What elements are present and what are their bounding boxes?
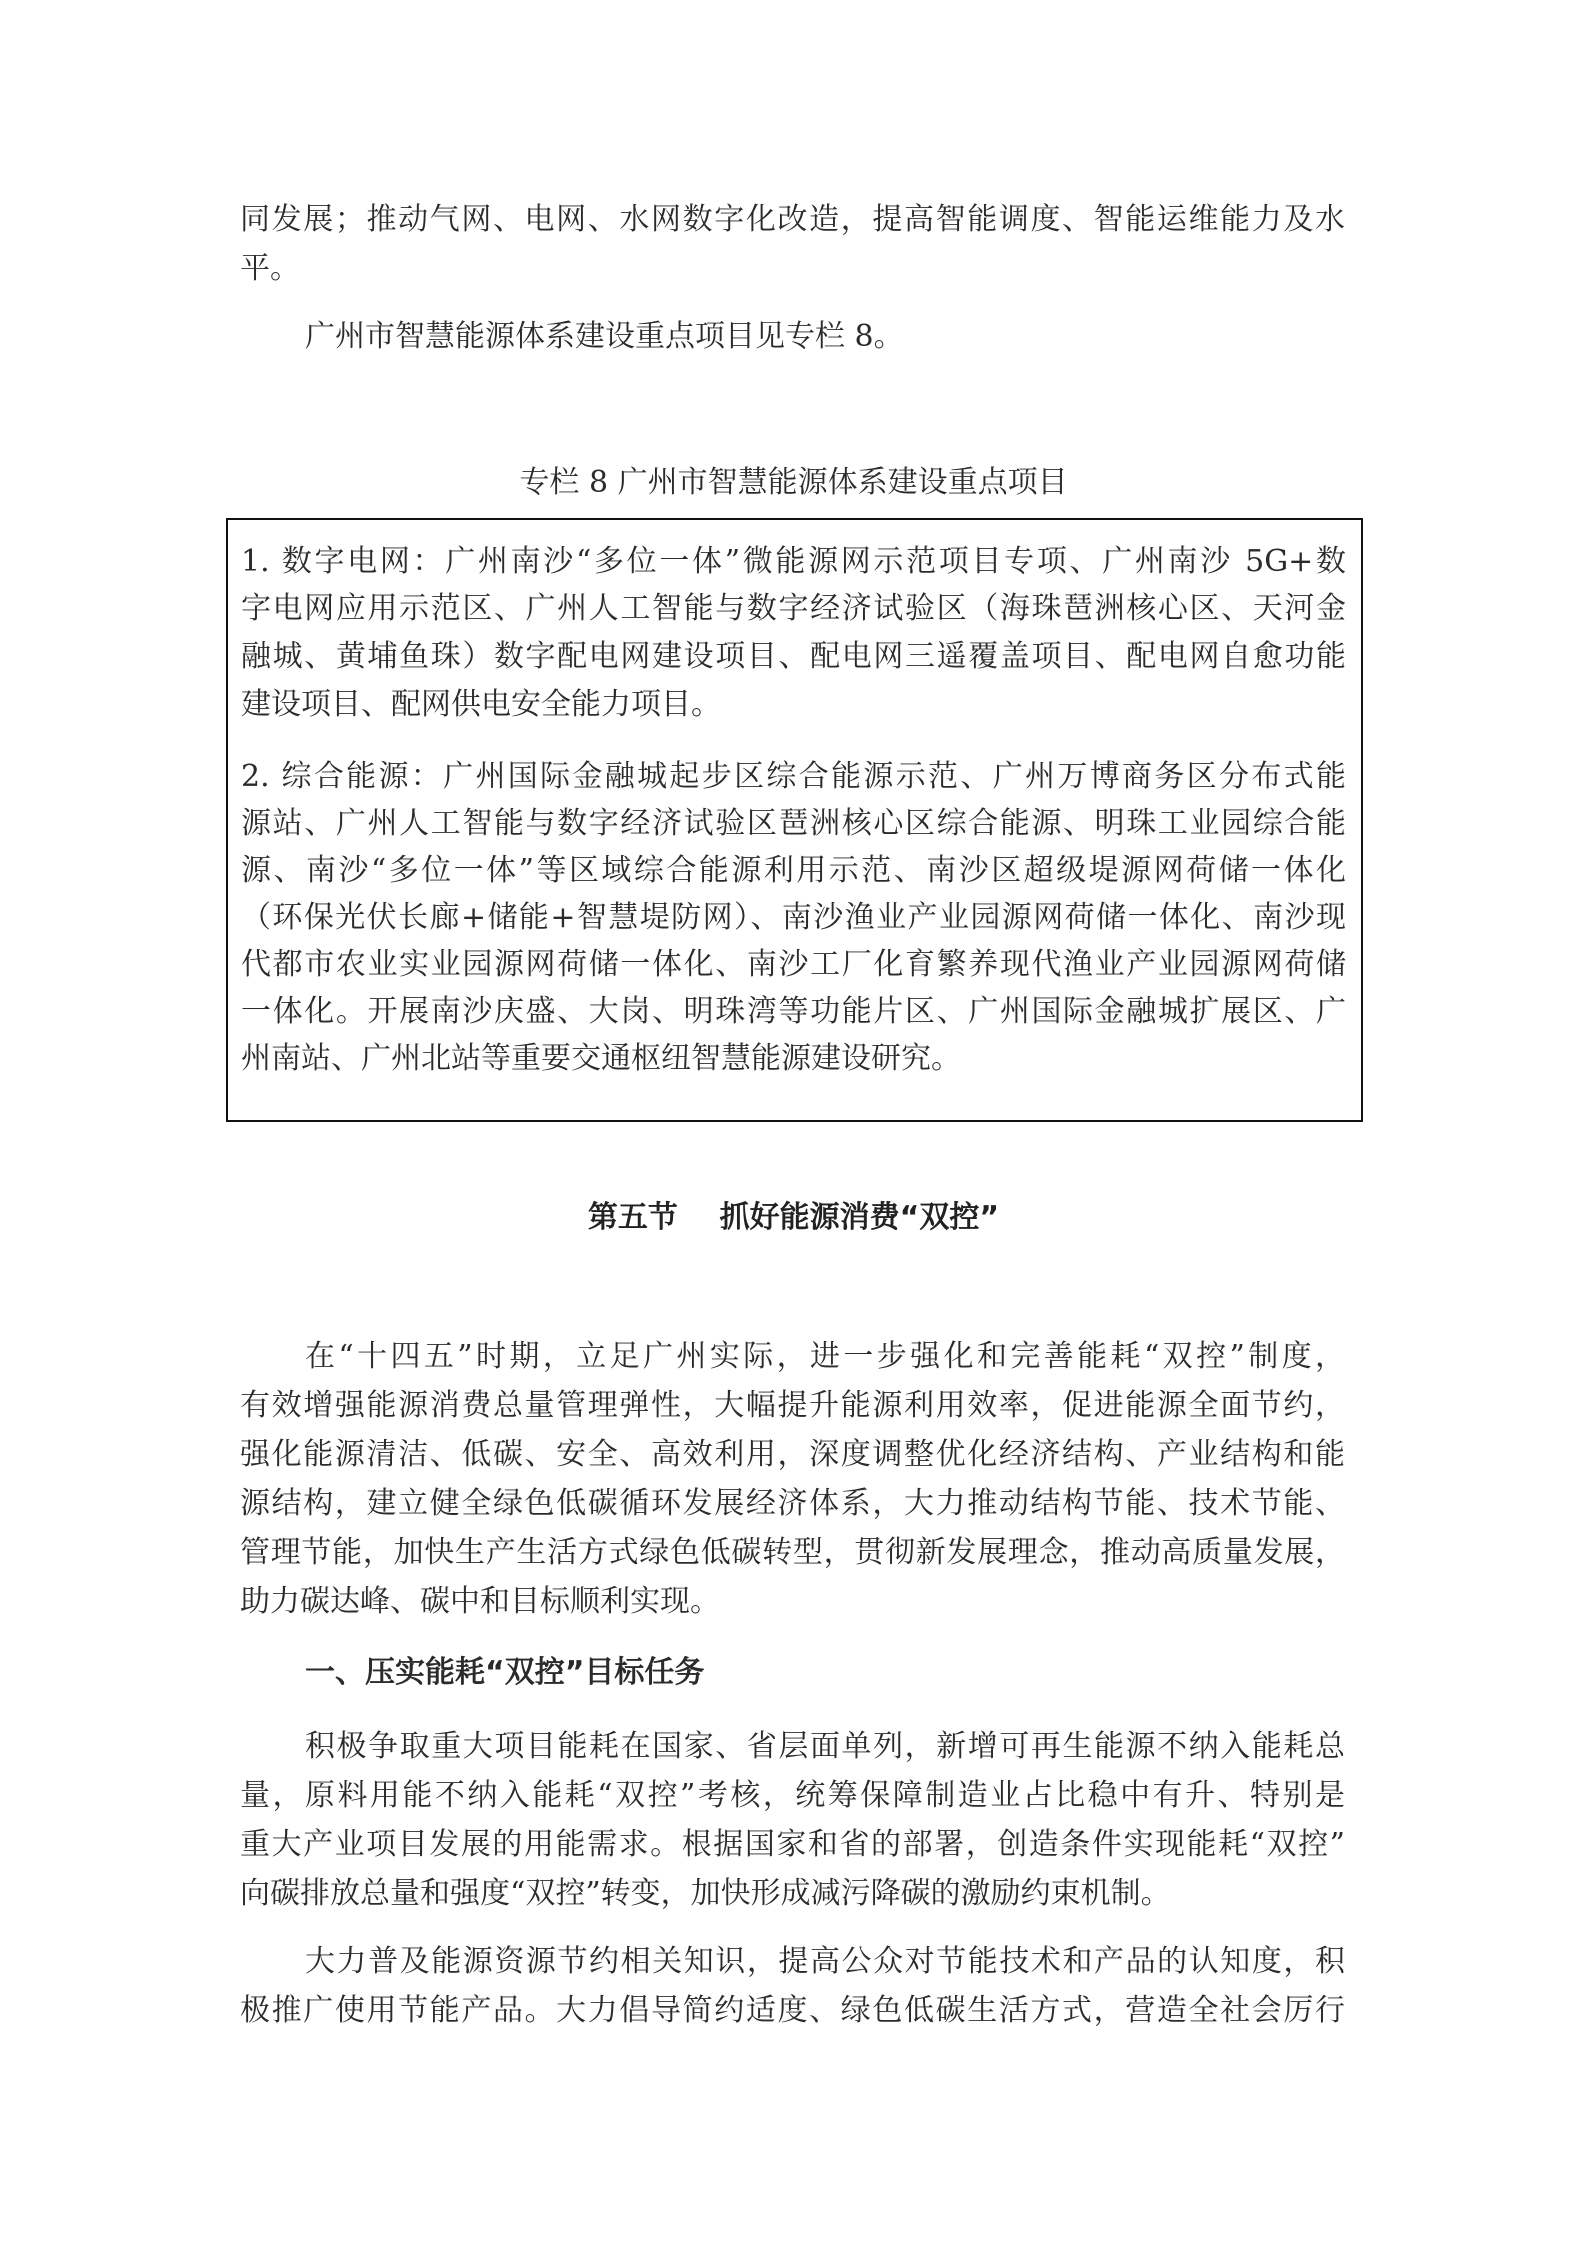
body-line: 有效增强能源消费总量管理弹性，大幅提升能源利用效率，促进能源全面节约， bbox=[240, 1389, 1345, 1423]
section-heading: 第五节 抓好能源消费“双控” bbox=[0, 1200, 1587, 1236]
body-line: 量，原料用能不纳入能耗“双控”考核，统筹保障制造业占比稳中有升、特别是 bbox=[240, 1779, 1345, 1813]
box-item2-line: 源、南沙“多位一体”等区域综合能源利用示范、南沙区超级堤源网荷储一体化 bbox=[241, 854, 1346, 888]
box-item2-line: 2. 综合能源：广州国际金融城起步区综合能源示范、广州万博商务区分布式能 bbox=[241, 760, 1346, 794]
body-line: 重大产业项目发展的用能需求。根据国家和省的部署，创造条件实现能耗“双控” bbox=[240, 1828, 1345, 1862]
subheading: 一、压实能耗“双控”目标任务 bbox=[305, 1656, 1345, 1690]
body-line: 在“十四五”时期，立足广州实际，进一步强化和完善能耗“双控”制度， bbox=[305, 1340, 1345, 1374]
body-line: 助力碳达峰、碳中和目标顺利实现。 bbox=[240, 1585, 1345, 1619]
box-item1-line: 建设项目、配网供电安全能力项目。 bbox=[241, 688, 1346, 722]
body-line: 向碳排放总量和强度“双控”转变，加快形成减污降碳的激励约束机制。 bbox=[240, 1877, 1345, 1911]
column-reference: 广州市智慧能源体系建设重点项目见专栏 8。 bbox=[305, 320, 1345, 354]
body-line: 大力普及能源资源节约相关知识，提高公众对节能技术和产品的认知度，积 bbox=[305, 1945, 1345, 1979]
box-item2-line: 州南站、广州北站等重要交通枢纽智慧能源建设研究。 bbox=[241, 1042, 1346, 1076]
body-line: 强化能源清洁、低碳、安全、高效利用，深度调整优化经济结构、产业结构和能 bbox=[240, 1438, 1345, 1472]
box-item1-line: 1. 数字电网：广州南沙“多位一体”微能源网示范项目专项、广州南沙 5G+数 bbox=[241, 545, 1346, 579]
box-item2-line: （环保光伏长廊+储能+智慧堤防网）、南沙渔业产业园源网荷储一体化、南沙现 bbox=[241, 901, 1346, 935]
box-item1-line: 字电网应用示范区、广州人工智能与数字经济试验区（海珠琶洲核心区、天河金 bbox=[241, 592, 1346, 626]
intro-line: 平。 bbox=[240, 252, 1345, 286]
box-item1-line: 融城、黄埔鱼珠）数字配电网建设项目、配电网三遥覆盖项目、配电网自愈功能 bbox=[241, 640, 1346, 674]
body-line: 源结构，建立健全绿色低碳循环发展经济体系，大力推动结构节能、技术节能、 bbox=[240, 1487, 1345, 1521]
box-item2-line: 源站、广州人工智能与数字经济试验区琶洲核心区综合能源、明珠工业园综合能 bbox=[241, 807, 1346, 841]
box-item2-line: 一体化。开展南沙庆盛、大岗、明珠湾等功能片区、广州国际金融城扩展区、广 bbox=[241, 995, 1346, 1029]
box-item2-line: 代都市农业实业园源网荷储一体化、南沙工厂化育繁养现代渔业产业园源网荷储 bbox=[241, 948, 1346, 982]
body-line: 管理节能，加快生产生活方式绿色低碳转型，贯彻新发展理念，推动高质量发展， bbox=[240, 1536, 1345, 1570]
column-caption: 专栏 8 广州市智慧能源体系建设重点项目 bbox=[0, 466, 1587, 500]
body-line: 极推广使用节能产品。大力倡导简约适度、绿色低碳生活方式，营造全社会厉行 bbox=[240, 1994, 1345, 2028]
intro-line: 同发展；推动气网、电网、水网数字化改造，提高智能调度、智能运维能力及水 bbox=[240, 203, 1345, 237]
body-line: 积极争取重大项目能耗在国家、省层面单列，新增可再生能源不纳入能耗总 bbox=[305, 1730, 1345, 1764]
